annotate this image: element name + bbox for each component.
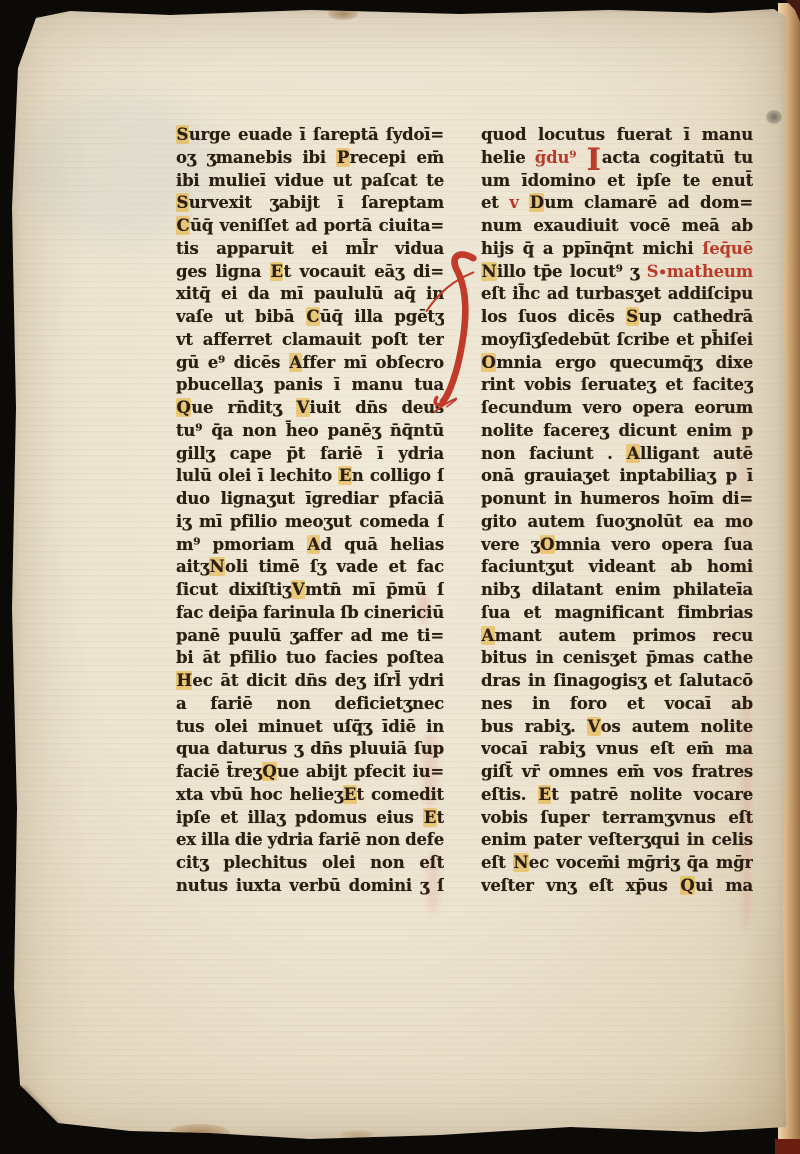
text-line: Nillo tp̄e locut⁹ ʒ S∙matheum: [481, 261, 753, 284]
yellow-touched-capital: Q: [176, 398, 191, 417]
text-line: a fariē non deficietʒnec lechi=: [176, 693, 444, 716]
rubric-text: v: [509, 193, 529, 212]
text-line: Cūq̄ veniſſet ad portā ciuita=: [176, 215, 444, 238]
text-line: bus rabiʒ. Vos autem nolite: [481, 716, 753, 739]
yellow-touched-capital: C: [306, 307, 320, 326]
dog-ear-shadow: [18, 1086, 66, 1137]
text-line: non faciunt . Alligant autē: [481, 443, 753, 466]
yellow-touched-capital: N: [209, 557, 225, 576]
text-line: gillʒ cape p̄t fariē ī ydria ppau: [176, 443, 444, 466]
text-line: ibi mulieī vidue ut paſcat te: [176, 170, 444, 193]
yellow-touched-capital: E: [538, 785, 551, 804]
text-line: qua daturus ʒ dn̄s pluuiā ſup: [176, 738, 444, 761]
yellow-touched-capital: V: [291, 580, 305, 599]
yellow-touched-capital: N: [513, 853, 529, 872]
rubric-initial-I: [422, 246, 486, 424]
text-line: Omnia ergo quecumq̄ʒ dixe: [481, 352, 753, 375]
text-line: hijs q̄ a ppīnq̄nt michi ſeq̄uē: [481, 238, 753, 261]
text-line: xta vbū hoc helieʒEt comedit: [176, 784, 444, 807]
text-line: dras in ſinagogisʒ et ſalutacō: [481, 670, 753, 693]
text-line: Hec āt dicit dn̄s deʒ iſrl̄ ydri: [176, 670, 444, 693]
book-photo: Surge euade ī ſareptā ſydoī=oʒ ʒmanebis …: [0, 0, 800, 1154]
text-line: eſt ih̄c ad turbasʒet addiſcipu: [481, 283, 753, 306]
yellow-touched-capital: E: [423, 808, 436, 827]
text-line: vaſe ut bibā Cūq̄ illa pgētʒ: [176, 306, 444, 329]
text-line: los ſuos dicēs Sup cathedrā: [481, 306, 753, 329]
yellow-touched-capital: S: [176, 193, 189, 212]
yellow-touched-capital: V: [296, 398, 310, 417]
text-line: xitq̄ ei da mī paululū aq̄ in: [176, 283, 444, 306]
text-line: panē puulū ʒaffer ad me ti=: [176, 625, 444, 648]
yellow-touched-capital: H: [176, 671, 192, 690]
text-line: enim pater veſterʒqui in celis: [481, 829, 753, 852]
yellow-touched-capital: O: [540, 535, 555, 554]
text-line: lulū olei ī lechito En colligo ſ: [176, 465, 444, 488]
text-line: ex illa die ydria fariē non defe: [176, 829, 444, 852]
text-line: moyſiʒſedebūt ſcribe et ph̄iſei: [481, 329, 753, 352]
text-column-left: Surge euade ī ſareptā ſydoī=oʒ ʒmanebis …: [176, 124, 444, 898]
text-line: iʒ mī pfilio meoʒut comeda ſ: [176, 511, 444, 534]
ink-fleck: [766, 110, 782, 124]
text-line: nibʒ dilatant enim philateīa: [481, 579, 753, 602]
yellow-touched-capital: S: [626, 307, 639, 326]
yellow-touched-capital: E: [270, 262, 283, 281]
text-line: duo lignaʒut īgrediar pfaciā: [176, 488, 444, 511]
text-line: ſecundum vero opera eorum: [481, 397, 753, 420]
text-line: aitʒNoli timē ſʒ vade et fac: [176, 556, 444, 579]
yellow-touched-capital: P: [336, 148, 349, 167]
yellow-touched-capital: V: [587, 717, 601, 736]
text-line: oʒ ʒmanebis ibi Precepi em̄: [176, 147, 444, 170]
manuscript-page: Surge euade ī ſareptā ſydoī=oʒ ʒmanebis …: [10, 8, 786, 1140]
text-line: ges ligna Et vocauit eāʒ di=: [176, 261, 444, 284]
yellow-touched-capital: E: [343, 785, 356, 804]
text-line: veſter vnʒ eſt xp̄us Qui ma: [481, 875, 753, 898]
rubric-text: ſeq̄uē: [702, 239, 753, 258]
text-line: eſt Nec vocem̄i mḡriʒ q̄a mḡr: [481, 852, 753, 875]
text-line: ſicut dixiſtiʒVmtn̄ mī p̄mū ſ: [176, 579, 444, 602]
text-line: m⁹ pmoriam Ad quā helias: [176, 534, 444, 557]
text-line: citʒ plechitus olei non eſt mi=: [176, 852, 444, 875]
text-line: onā grauiaʒet inptabiliaʒ p ī: [481, 465, 753, 488]
text-line: pbucellaʒ panis ī manu tua: [176, 374, 444, 397]
rubric-initial: I: [587, 147, 601, 170]
text-line: helie ḡdu⁹ Iacta cogitatū tu: [481, 147, 753, 170]
text-line: vocaī rabiʒ vnus eſt em̄ ma: [481, 738, 753, 761]
text-line: tu⁹ q̄a non h̄eo panēʒ n̄q̄ntū pu: [176, 420, 444, 443]
text-line: tis apparuit ei ml̄r vidua colli=: [176, 238, 444, 261]
text-line: ipſe et illaʒ pdomus eius Et: [176, 807, 444, 830]
text-line: nes in foro et vocaī ab homini=: [481, 693, 753, 716]
text-line: gito autem ſuoʒnolūt ea mo: [481, 511, 753, 534]
text-line: nutus iuxta verbū domini ʒ ſ: [176, 875, 444, 898]
rubric-text: S∙matheum: [647, 262, 753, 281]
yellow-touched-capital: Q: [680, 876, 695, 895]
yellow-touched-capital: C: [176, 216, 190, 235]
text-line: quod locutus fuerat ī manu: [481, 124, 753, 147]
yellow-touched-capital: A: [626, 444, 640, 463]
yellow-touched-capital: D: [529, 193, 544, 212]
text-line: fac deip̄a farinula ſb cinericiū: [176, 602, 444, 625]
text-line: Que rn̄ditʒ Viuit dn̄s deus: [176, 397, 444, 420]
text-line: tus olei minuet uſq̄ʒ īdiē in: [176, 716, 444, 739]
binding-corner-bottom-icon: [775, 1139, 800, 1154]
text-line: num exaudiuit vocē meā ab: [481, 215, 753, 238]
text-line: Amant autem primos recu: [481, 625, 753, 648]
stain: [340, 1130, 374, 1140]
text-line: um īdomino et ipſe te enut̄: [481, 170, 753, 193]
stain: [328, 8, 358, 20]
stain: [168, 1124, 230, 1142]
text-line: ſua et magnificant fimbrias: [481, 602, 753, 625]
yellow-touched-capital: A: [481, 626, 495, 645]
text-line: Surge euade ī ſareptā ſydoī=: [176, 124, 444, 147]
text-line: nolite facereʒ dicunt enim p: [481, 420, 753, 443]
yellow-touched-capital: A: [307, 535, 321, 554]
text-line: ponunt in humeros hoīm di=: [481, 488, 753, 511]
text-line: faciē t̄reʒQue abijt pfecit iu=: [176, 761, 444, 784]
yellow-touched-capital: Q: [262, 762, 277, 781]
text-line: Survexit ʒabijt ī ſareptam: [176, 192, 444, 215]
yellow-touched-capital: A: [289, 353, 303, 372]
text-line: gū e⁹ dicēs Affer mī obſecro: [176, 352, 444, 375]
text-line: bitus in cenisʒet p̄mas cathe: [481, 647, 753, 670]
rubric-text: ḡdu⁹: [535, 148, 586, 167]
text-line: vt afferret clamauit poſt ter: [176, 329, 444, 352]
text-line: vere ʒOmnia vero opera ſua: [481, 534, 753, 557]
text-column-right: quod locutus fuerat ī manuhelie ḡdu⁹ Iac…: [481, 124, 753, 898]
text-line: bi āt pfilio tuo facies poſtea: [176, 647, 444, 670]
yellow-touched-capital: S: [176, 125, 189, 144]
text-line: faciuntʒut videant ab homi: [481, 556, 753, 579]
text-line: rint vobis ſeruateʒ et faciteʒ: [481, 374, 753, 397]
yellow-touched-capital: E: [338, 466, 351, 485]
text-line: eſtis. Et patrē nolite vocare: [481, 784, 753, 807]
text-line: et v Dum clamarē ad dom=: [481, 192, 753, 215]
text-line: giſt̄ vr̄ omnes em̄ vos fratres: [481, 761, 753, 784]
text-line: vobis ſuper terramʒvnus eſt: [481, 807, 753, 830]
